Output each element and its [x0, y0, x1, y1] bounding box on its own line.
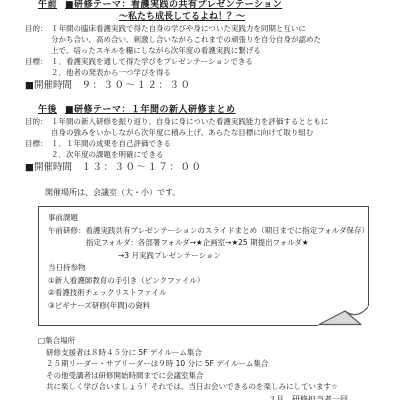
meeting-place-heading: □集合場所	[38, 335, 400, 347]
afternoon-purpose-block: 目的： １年間の新人研修を振り返り、自身に身についた看護実践能力を評価するととも…	[25, 116, 400, 138]
page-curl-icon	[317, 304, 369, 326]
morning-purpose-block: 目的： １年間の臨床看護実践で得た自身の学びや身についた実践力を同期と互いに 分…	[25, 23, 400, 56]
pre-task-note-box: 事前課題 午前研修：看護実践共有プレゼンテーションのスライドまとめ（期日までに指…	[38, 206, 369, 326]
morning-time: ■開催時間 ９：３０～１２：３０	[25, 79, 400, 93]
goal-line: ２．他者の発表から一つ学びを得る	[51, 67, 253, 78]
morning-theme-title: ■研修テーマ：看護実践の共有プレゼンテーション	[65, 0, 282, 10]
morning-goal-label: 目標：	[25, 56, 51, 78]
bring-item: ③ビギナーズ研修(年間)の資料	[48, 300, 360, 313]
purpose-line: 上で、培ったスキルを糧にしながら次年度の看護実践に繋げる	[51, 45, 321, 56]
morning-purpose-text: １年間の臨床看護実践で得た自身の学びや身についた実践力を同期と互いに 分かち合い…	[51, 23, 321, 56]
folder-path-line2: →3 月実践プレゼンテーション	[118, 250, 360, 263]
morning-goal-text: １．看護実践を通して得た学びをプレゼンテーションできる ２．他者の発表から一つ学…	[51, 56, 253, 78]
training-notice-document: 午前■研修テーマ：看護実践の共有プレゼンテーション ～私たち成長してるよね！？～…	[0, 0, 400, 400]
morning-session-header: 午前■研修テーマ：看護実践の共有プレゼンテーション	[38, 0, 400, 11]
morning-time-label: ■開催時間	[25, 80, 72, 91]
afternoon-time: ■開催時間 １３：３０～１７：００	[25, 161, 400, 175]
afternoon-theme-title: ■研修テーマ：１年間の新人研修まとめ	[65, 105, 236, 115]
pre-task-label: 事前課題	[48, 212, 360, 225]
meeting-line: ２５期リーダー・サブリーダーは９時 10 分に 5F デイルーム集合	[46, 358, 400, 370]
afternoon-goal-label: 目標：	[25, 138, 51, 160]
signature-line: ３月 研修担当者一同	[38, 394, 348, 400]
bring-item: ②看護技術チェックリストファイル	[48, 287, 360, 300]
afternoon-goal-block: 目標： １．１年間の成果を自己評価できる ２．次年度の課題を明確にできる	[25, 138, 400, 160]
morning-goal-block: 目標： １．看護実践を通して得た学びをプレゼンテーションできる ２．他者の発表か…	[25, 56, 400, 78]
purpose-line: 自身の強みをいかしながら次年度に積み上げ、あらたな目標に向けて取り組む	[51, 127, 328, 138]
meeting-place-section: □集合場所 研修支援者は８時４５分に 5F デイルーム集合 ２５期リーダー・サブ…	[38, 335, 400, 400]
purpose-line: １年間の臨床看護実践で得た自身の学びや身についた実践力を同期と互いに	[51, 23, 321, 34]
afternoon-session-label: 午後	[38, 105, 57, 115]
meeting-line: 共に楽しく学び合いましょう！それでは、当日お会いできるのを楽しみにしています☆	[46, 381, 400, 393]
meeting-line: その他受講者は研修開始時間までに会議室集合	[46, 370, 400, 382]
afternoon-purpose-label: 目的：	[25, 116, 51, 138]
goal-line: １．看護実践を通して得た学びをプレゼンテーションできる	[51, 56, 253, 67]
afternoon-goal-text: １．１年間の成果を自己評価できる ２．次年度の課題を明確にできる	[51, 138, 171, 160]
afternoon-session-header: 午後■研修テーマ：１年間の新人研修まとめ	[38, 105, 400, 116]
morning-purpose-label: 目的：	[25, 23, 51, 56]
meeting-line: 研修支援者は８時４５分に 5F デイルーム集合	[46, 347, 400, 359]
morning-subtitle: ～私たち成長してるよね！？～	[32, 11, 332, 23]
goal-line: １．１年間の成果を自己評価できる	[51, 138, 171, 149]
goal-line: ２．次年度の課題を明確にできる	[51, 149, 171, 160]
afternoon-purpose-text: １年間の新人研修を振り返り、自身に身についた看護実践能力を評価するとともに 自身…	[51, 116, 328, 138]
morning-time-value: ９：３０～１２：３０	[82, 80, 192, 91]
bring-item: ①新人看護師教育の手引き（ピンクファイル）	[48, 275, 360, 288]
venue-line: 開催場所は、会議室（大・小）です。	[45, 187, 400, 199]
afternoon-session: 午後■研修テーマ：１年間の新人研修まとめ 目的： １年間の新人研修を振り返り、自…	[0, 105, 400, 175]
bring-items-label: 当日持参物	[48, 262, 360, 275]
purpose-line: １年間の新人研修を振り返り、自身に身についた看護実践能力を評価するとともに	[51, 116, 328, 127]
folder-path-line: 指定フォルダ：各部署フォルダ→★企画室→★25 期提出フォルダ★	[86, 237, 360, 250]
afternoon-time-value: １３：３０～１７：００	[82, 162, 203, 173]
morning-session-label: 午前	[38, 0, 57, 10]
morning-task-line: 午前研修：看護実践共有プレゼンテーションのスライドまとめ（期日までに指定フォルダ…	[48, 225, 360, 238]
afternoon-time-label: ■開催時間	[25, 162, 72, 173]
purpose-line: 分かち合い、高め合い、刺激し合いながらこれまでの頑張りを自分自身が認めた	[51, 34, 321, 45]
